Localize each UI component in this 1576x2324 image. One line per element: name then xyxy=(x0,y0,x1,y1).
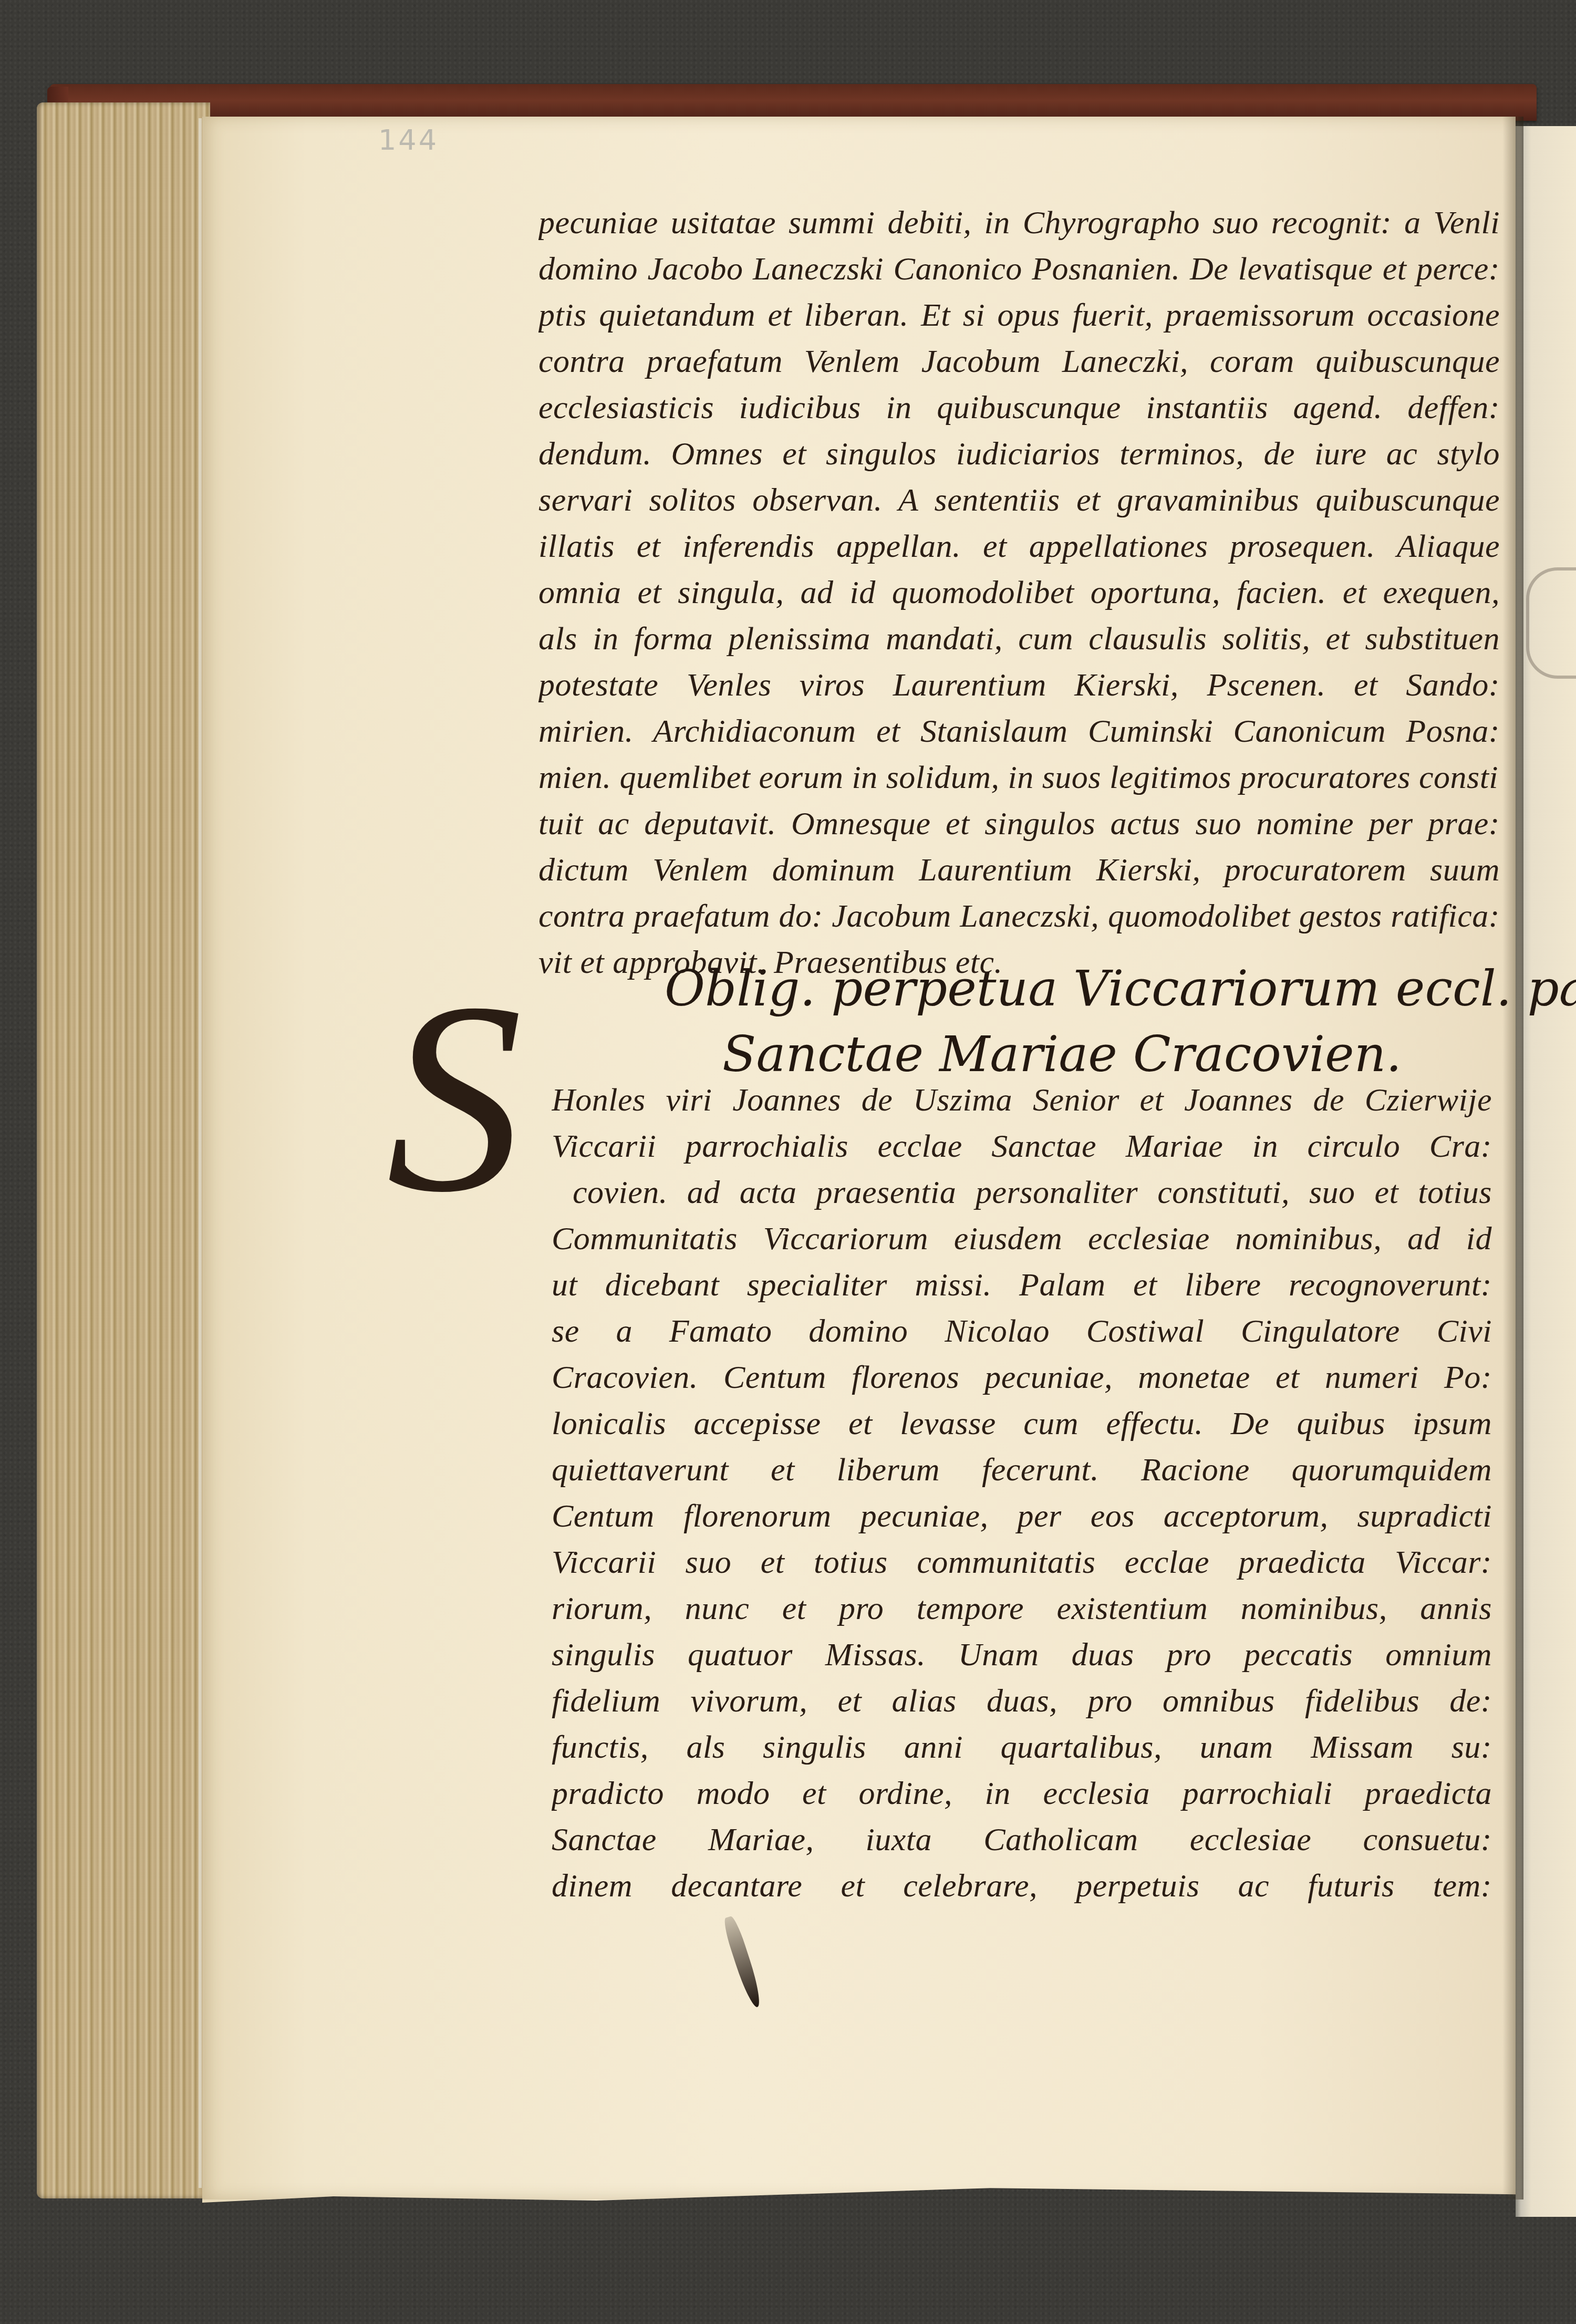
text-line: Sanctae Mariae, iuxta Catholicam ecclesi… xyxy=(552,1817,1492,1863)
paragraph-1: pecuniae usitatae summi debiti, in Chyro… xyxy=(538,200,1500,985)
text-line: pradicto modo et ordine, in ecclesia par… xyxy=(552,1770,1492,1817)
text-line: fidelium vivorum, et alias duas, pro omn… xyxy=(552,1678,1492,1724)
gutter-shadow xyxy=(1502,117,1523,2199)
text-line: domino Jacobo Laneczski Canonico Posnani… xyxy=(538,246,1500,292)
decorated-initial: S xyxy=(386,961,523,1234)
bleed-through-ink xyxy=(1526,567,1576,679)
text-line: lonicalis accepisse et levasse cum effec… xyxy=(552,1400,1492,1447)
text-line: Cracovien. Centum florenos pecuniae, mon… xyxy=(552,1354,1492,1400)
text-line: ptis quietandum et liberan. Et si opus f… xyxy=(538,292,1500,338)
text-line: dictum Venlem dominum Laurentium Kierski… xyxy=(538,847,1500,893)
section-heading: Oblig. perpetua Viccariorum eccl. paroch… xyxy=(665,956,1484,1087)
text-line: tuit ac deputavit. Omnesque et singulos … xyxy=(538,801,1500,847)
text-line: Honles viri Joannes de Uszima Senior et … xyxy=(552,1077,1492,1123)
text-line: Viccarii parrochialis ecclae Sanctae Mar… xyxy=(552,1123,1492,1169)
heading-line: Oblig. perpetua Viccariorum eccl. paroch… xyxy=(665,956,1484,1022)
folio-number: 144 xyxy=(378,123,439,157)
text-line: covien. ad acta praesentia personaliter … xyxy=(552,1169,1492,1216)
text-line: Communitatis Viccariorum eiusdem ecclesi… xyxy=(552,1216,1492,1262)
text-line: Viccarii suo et totius communitatis eccl… xyxy=(552,1539,1492,1585)
text-line: mirien. Archidiaconum et Stanislaum Cumi… xyxy=(538,708,1500,754)
leather-binding-top xyxy=(50,84,1537,121)
paragraph-2: Honles viri Joannes de Uszima Senior et … xyxy=(552,1077,1492,1909)
text-line: servari solitos observan. A sententiis e… xyxy=(538,477,1500,523)
text-line: se a Famato domino Nicolao Costiwal Cing… xyxy=(552,1308,1492,1354)
text-line: quiettaverunt et liberum fecerunt. Racio… xyxy=(552,1447,1492,1493)
text-line: dendum. Omnes et singulos iudiciarios te… xyxy=(538,431,1500,477)
text-line: ecclesiasticis iudicibus in quibuscunque… xyxy=(538,385,1500,431)
text-line: contra praefatum Venlem Jacobum Laneczki… xyxy=(538,338,1500,385)
text-line: illatis et inferendis appellan. et appel… xyxy=(538,523,1500,569)
text-line: pecuniae usitatae summi debiti, in Chyro… xyxy=(538,200,1500,246)
facing-page-edge xyxy=(1516,126,1576,2217)
text-line: als in forma plenissima mandati, cum cla… xyxy=(538,616,1500,662)
text-line: singulis quatuor Missas. Unam duas pro p… xyxy=(552,1632,1492,1678)
text-line: riorum, nunc et pro tempore existentium … xyxy=(552,1585,1492,1632)
text-line: potestate Venles viros Laurentium Kiersk… xyxy=(538,662,1500,708)
text-line: ut dicebant specialiter missi. Palam et … xyxy=(552,1262,1492,1308)
text-line: contra praefatum do: Jacobum Laneczski, … xyxy=(538,893,1500,939)
text-line: omnia et singula, ad id quomodolibet opo… xyxy=(538,569,1500,616)
text-line: Centum florenorum pecuniae, per eos acce… xyxy=(552,1493,1492,1539)
page-stack-edge xyxy=(37,102,210,2198)
text-line: functis, als singulis anni quartalibus, … xyxy=(552,1724,1492,1770)
text-line: mien. quemlibet eorum in solidum, in suo… xyxy=(538,754,1500,801)
text-line: dinem decantare et celebrare, perpetuis … xyxy=(552,1863,1492,1909)
